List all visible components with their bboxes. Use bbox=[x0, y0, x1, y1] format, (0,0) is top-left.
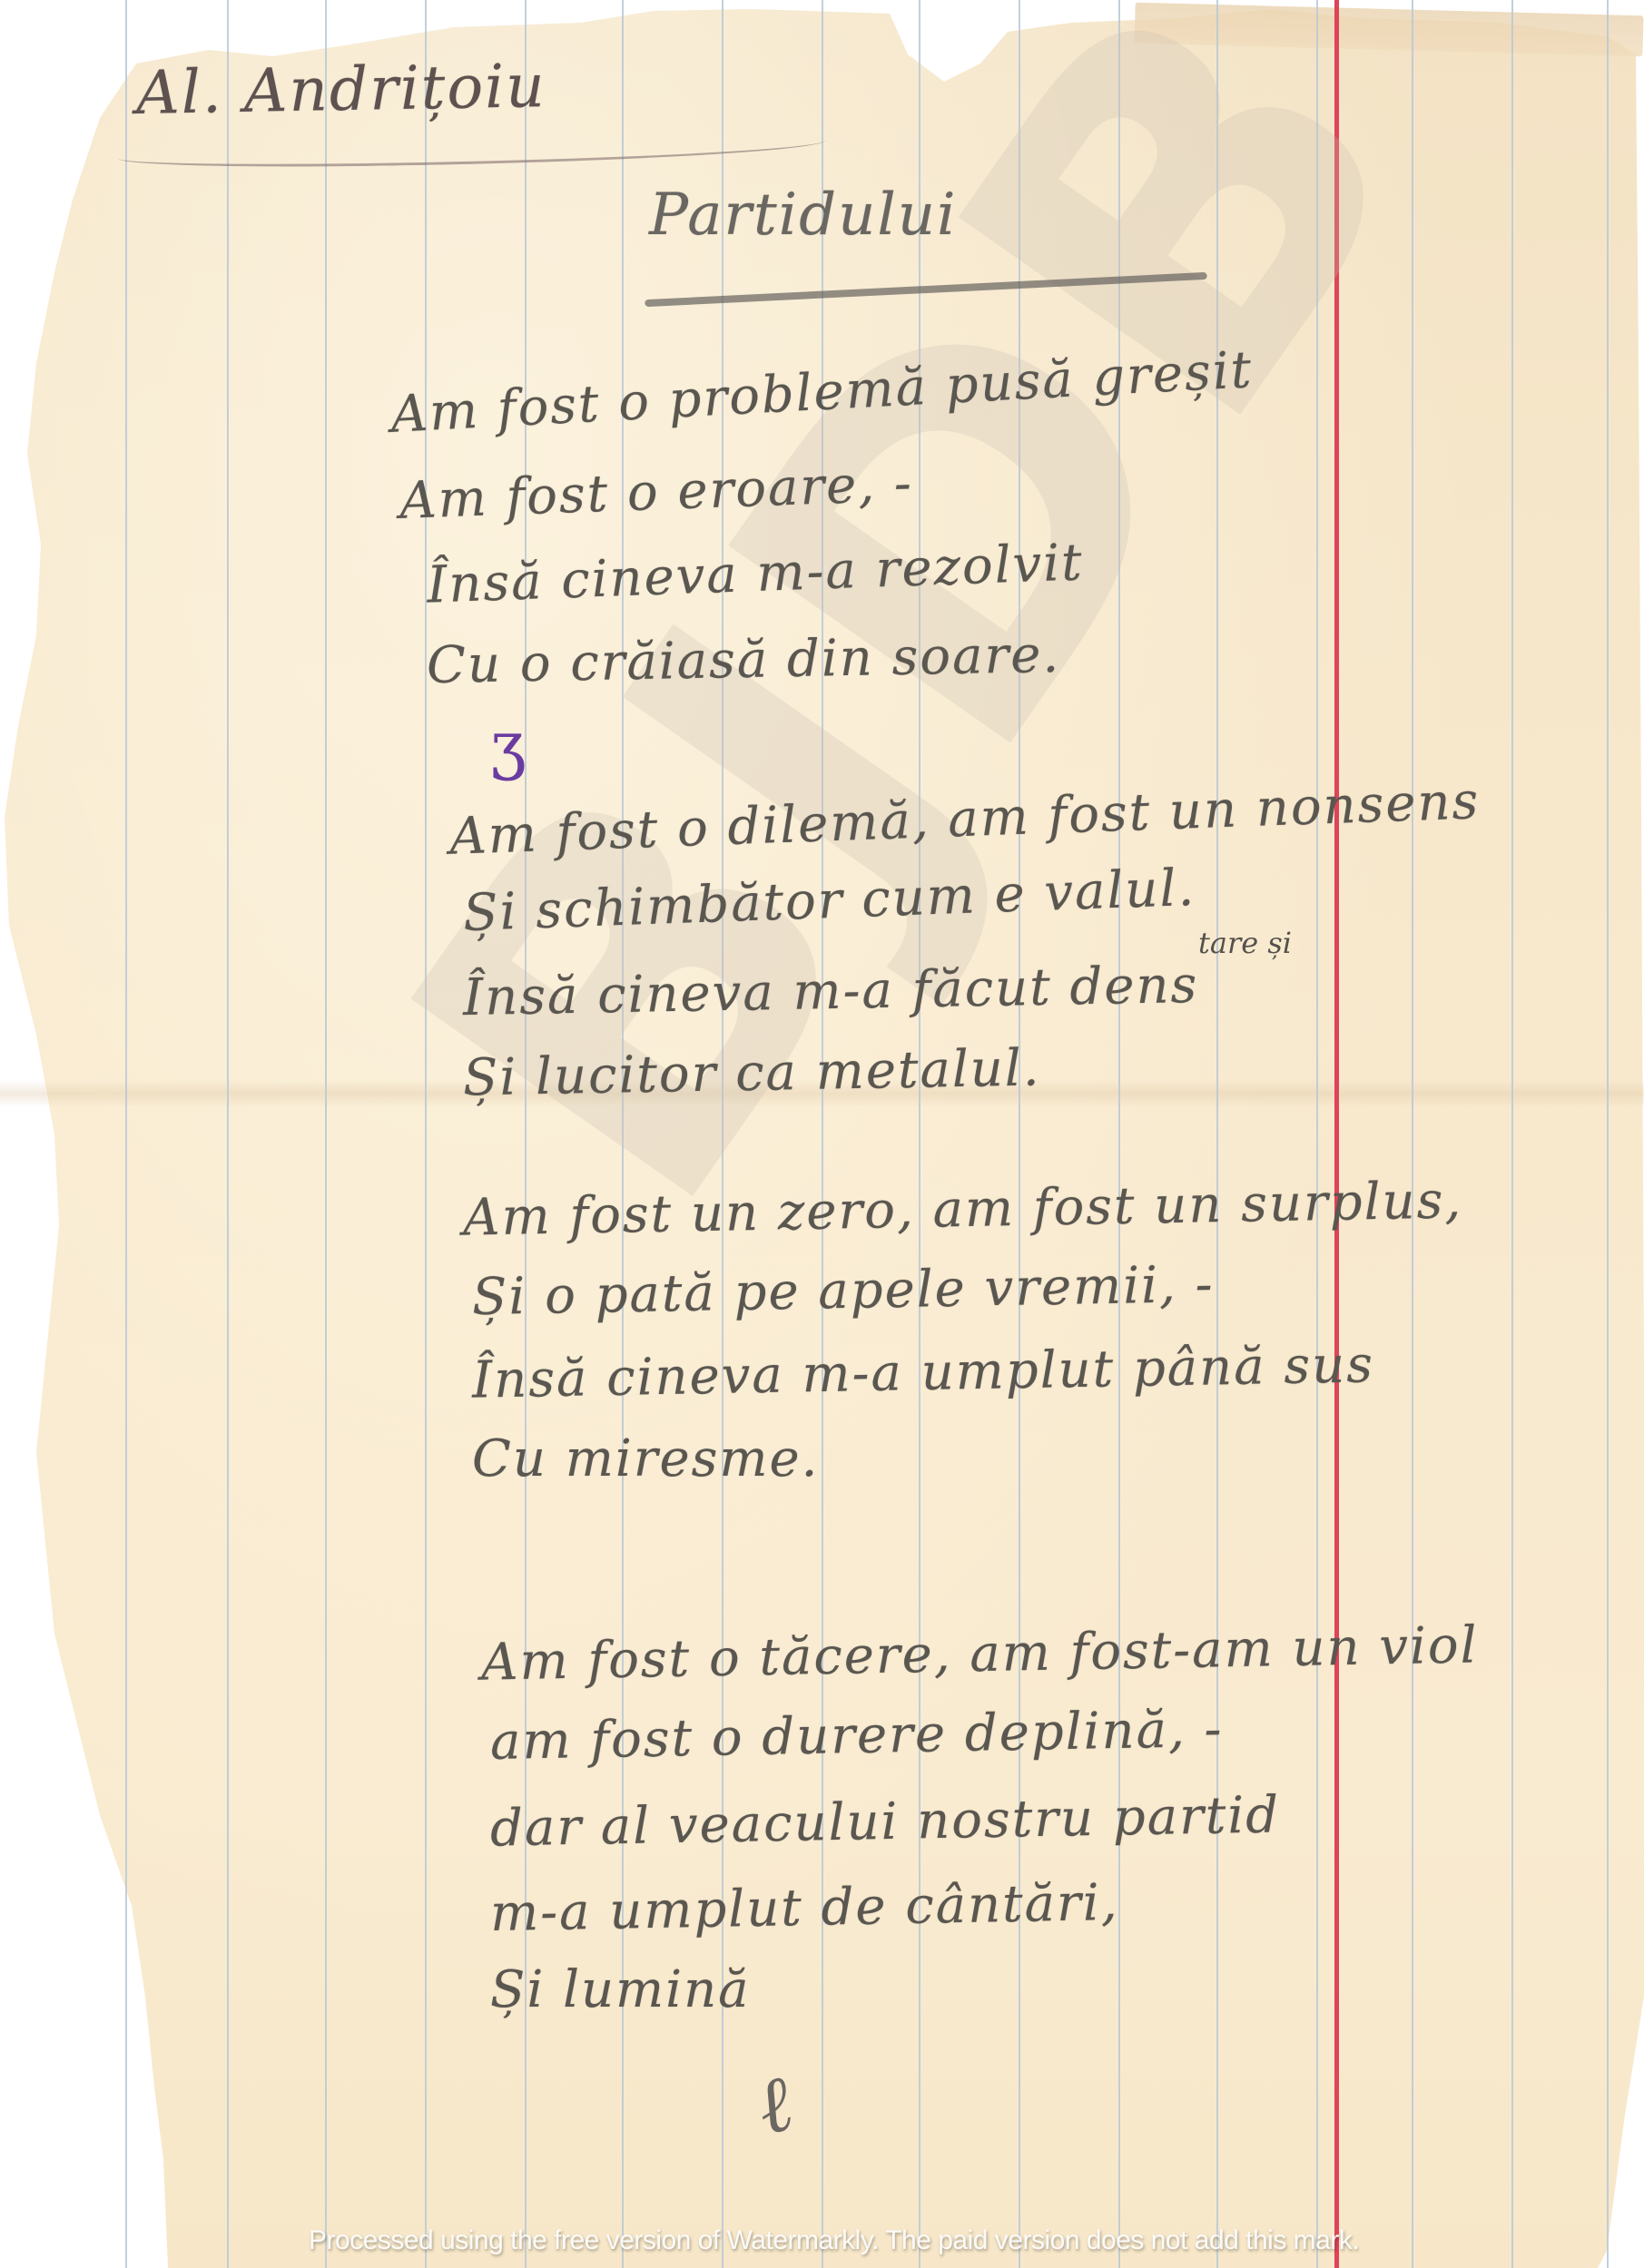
blue-rule bbox=[227, 0, 229, 2268]
poem-line: Și lucitor ca metalul. bbox=[462, 1038, 1041, 1107]
poem-line: Și lumină bbox=[490, 1960, 751, 2019]
blue-rule bbox=[125, 0, 127, 2268]
blue-rule bbox=[1511, 0, 1513, 2268]
blue-rule bbox=[425, 0, 427, 2268]
poem-line: Cu o crăiasă din soare. bbox=[426, 625, 1060, 695]
blue-rule bbox=[1316, 0, 1318, 2268]
red-margin-line bbox=[1334, 0, 1339, 2268]
handwritten-insertion: tare și bbox=[1198, 926, 1292, 960]
poem-line: Cu miresme. bbox=[472, 1429, 819, 1488]
blue-rule bbox=[1216, 0, 1218, 2268]
author-name: Al. Andrițoiu bbox=[135, 51, 546, 128]
purple-ink-mark: ʒ bbox=[490, 708, 527, 782]
blue-rule bbox=[1607, 0, 1609, 2268]
poem-line: m-a umplut de cântări, bbox=[489, 1873, 1119, 1943]
blue-rule bbox=[1412, 0, 1413, 2268]
blue-rule bbox=[325, 0, 327, 2268]
watermarkly-notice: Processed using the free version of Wate… bbox=[309, 2225, 1359, 2256]
poem-title: Partidului bbox=[649, 182, 957, 249]
